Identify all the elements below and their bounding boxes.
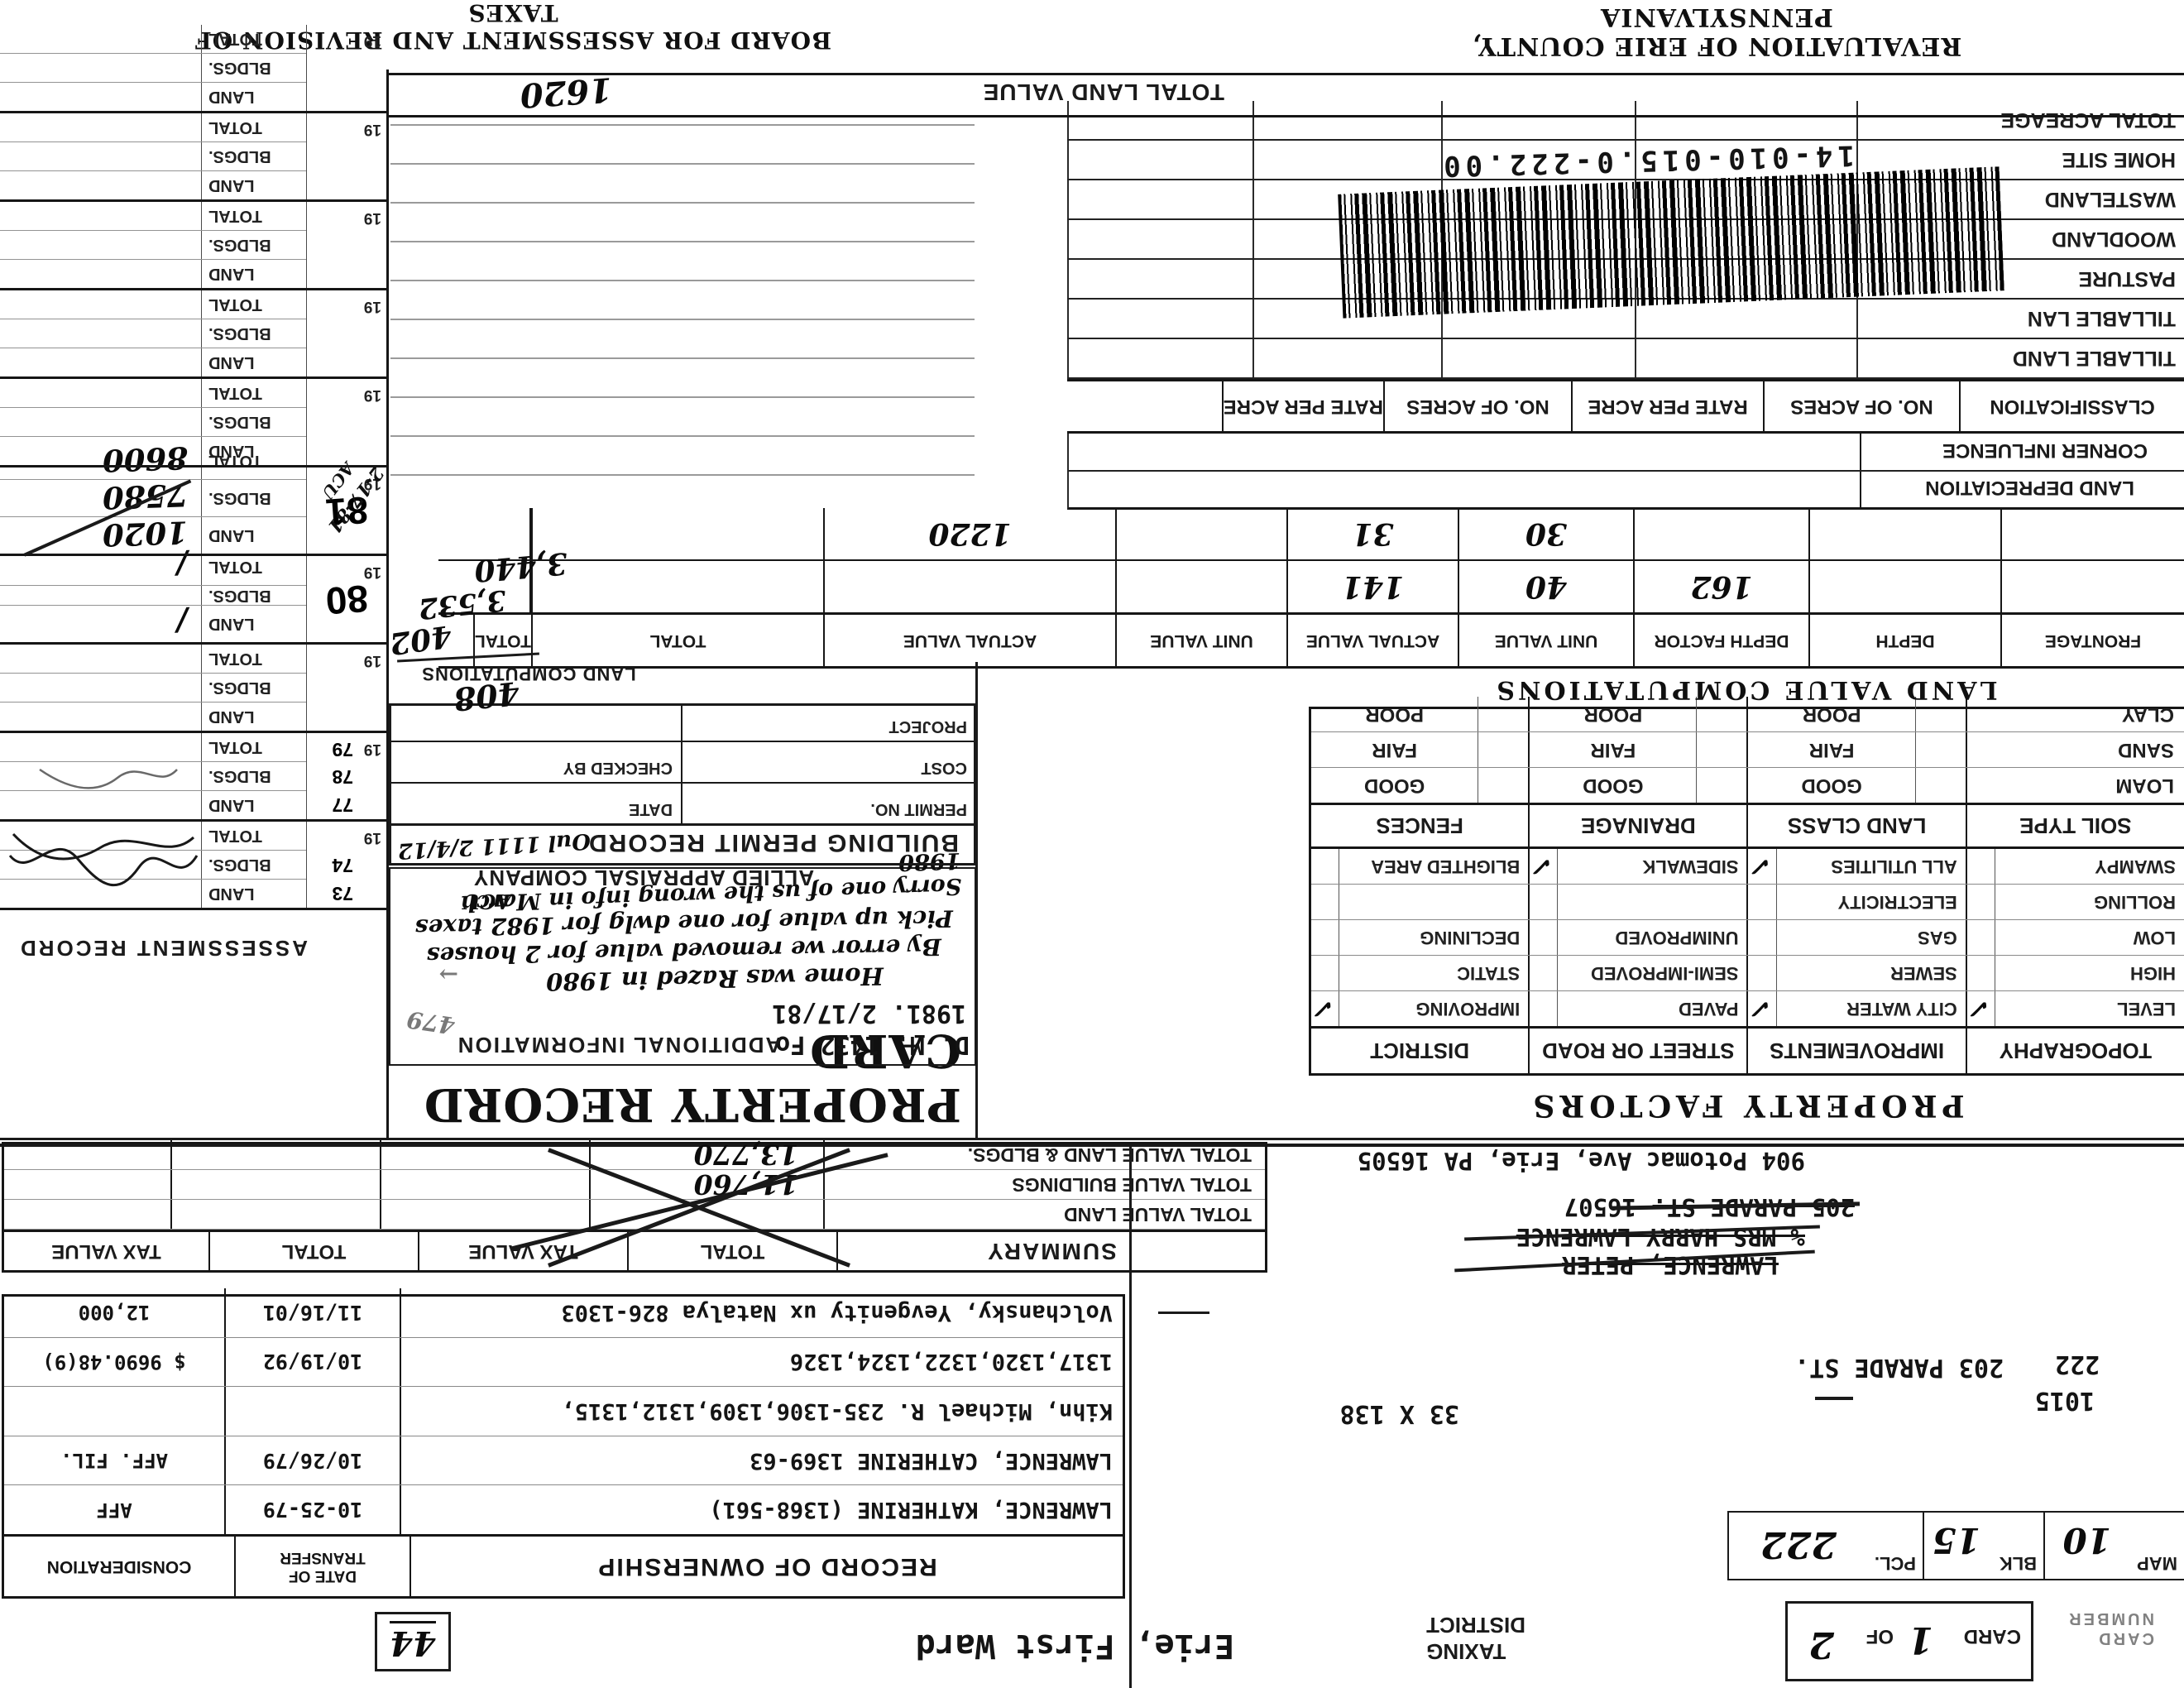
bldgs-label: BLDGS. — [201, 142, 306, 170]
sub-divider — [1478, 732, 1528, 767]
acreage-row: TILLABLE LAND — [1067, 339, 2184, 379]
margin-scribble-2: → — [439, 961, 458, 988]
card-number-stamp-line2: NUMBER — [2067, 1609, 2154, 1628]
land-label: LAND — [201, 606, 306, 642]
lvc-value-cell — [531, 561, 823, 612]
street-cell: SEMI-IMPROVED — [1528, 956, 1746, 990]
sub-divider — [1915, 732, 1966, 767]
banner-revaluation: REVALUATION OF ERIE COUNTY, PENNSYLVANIA — [1373, 15, 2060, 48]
land-row: LAND1020 — [0, 517, 306, 554]
appraisal-company-label: ALLIED APPRAISAL COMPANY — [412, 867, 875, 889]
factors-rows-2: LOAM GOOD GOOD GOOD SAND FAIR FAIR FAIR … — [1311, 697, 2184, 803]
fences-cell: FAIR — [1311, 732, 1528, 767]
summary-row-tax2 — [4, 1200, 170, 1229]
street-cell: UNIMPROVED — [1528, 920, 1746, 955]
ownership-row: LAWRENCE, CATHERINE 1369-63 10/26/79 AFF… — [4, 1436, 1123, 1486]
topography-cell: LEVEL✓ — [1966, 991, 2184, 1026]
transfer-date: 11/16/01 — [224, 1288, 400, 1337]
soil-type-cell: SAND — [1966, 732, 2184, 767]
permit-col-divider-1 — [681, 782, 682, 823]
blk-label: BLK — [2000, 1552, 2037, 1574]
permit-col-divider-3 — [681, 706, 682, 741]
assessment-record-heading: ASSESSMENT RECORD — [6, 933, 320, 963]
factors-header-row-2: SOIL TYPE LAND CLASS DRAINAGE FENCES — [1311, 803, 2184, 849]
lvc-heading-text: LAND VALUE COMPUTATIONS — [1493, 676, 1997, 705]
blk-box: BLK 15 — [1923, 1511, 2043, 1580]
ruled-blank-area — [390, 117, 975, 513]
total-label: TOTAL — [201, 290, 306, 319]
check-mark — [1749, 920, 1777, 955]
summary-row: TOTAL VALUE LAND — [4, 1200, 1265, 1230]
land-class-cell: GOOD — [1747, 768, 1966, 803]
fences-cell: GOOD — [1311, 768, 1528, 803]
classification-header-cell: RATE PER ACRE — [1222, 381, 1383, 431]
classification-header-row: CLASSIFICATIONNO. OF ACRESRATE PER ACREN… — [1067, 379, 2184, 434]
ownership-consideration-header: CONSIDERATION — [4, 1537, 234, 1596]
factor-label: LOW — [1995, 920, 2184, 955]
lvc-value-cell — [2000, 508, 2184, 559]
permit-title: BUILDING PERMIT RECORD — [587, 828, 959, 856]
grade-label: FAIR — [1311, 738, 1478, 761]
drainage-header: DRAINAGE — [1528, 805, 1746, 846]
lot-size: 33 X 138 — [1340, 1399, 1460, 1428]
card-of-label: OF — [1866, 1624, 1894, 1647]
scribble-1973-group — [7, 827, 202, 904]
owner-name: LAWRENCE, KATHERINE (1368-561) — [400, 1485, 1123, 1534]
factor-label: SEWER — [1777, 956, 1966, 990]
land-row: LAND/ — [0, 606, 306, 642]
year-prefix: 19 — [364, 31, 381, 50]
factor-label: BLIGHTED AREA — [1339, 849, 1528, 884]
mailing-line4: 904 Potomac Ave, Erie, PA 16505 — [1358, 1147, 1805, 1175]
factor-label: ROLLING — [1995, 885, 2184, 919]
scanned-property-record-card: CARD NUMBER CARD 1 OF 2 MAP 10 BLK 15 PC… — [0, 0, 2184, 1688]
total-label: TOTAL — [201, 645, 306, 673]
classification-header-cell: NO. OF ACRES — [1763, 381, 1959, 431]
summary-title-cell: SUMMARY — [836, 1232, 1265, 1270]
street-address: 203 PARADE ST. — [1794, 1353, 2004, 1382]
permit-project-label: PROJECT — [889, 717, 967, 736]
total-label: TOTAL — [201, 733, 306, 761]
classification-header-cell: NO. OF ACRES — [1383, 381, 1571, 431]
factor-label: PAVED — [1559, 991, 1747, 1026]
acreage-cell-2 — [1252, 141, 1442, 179]
grade-label: FAIR — [1530, 738, 1696, 761]
total-label: TOTAL — [201, 113, 306, 141]
land-label: LAND — [201, 260, 306, 288]
sub-divider — [1697, 768, 1747, 803]
soil-row: LOAM GOOD GOOD GOOD — [1311, 768, 2184, 803]
total-row: TOTAL — [0, 202, 306, 231]
topography-cell: LOW — [1966, 920, 2184, 955]
check-mark: ✓ — [1749, 991, 1777, 1026]
corner-influence-row: CORNER INFLUENCE — [1067, 434, 2184, 472]
land-value: / — [0, 602, 202, 646]
assessment-year-cell: 19 — [306, 202, 386, 288]
year-prefix: 19 — [364, 120, 381, 138]
year-prefix: 19 — [364, 740, 381, 758]
summary-title: SUMMARY — [986, 1238, 1117, 1264]
rate-cell-2 — [1067, 180, 1252, 218]
ownership-title: RECORD OF OWNERSHIP — [409, 1537, 1123, 1596]
stamp-box-44-value: 44 — [390, 1621, 436, 1662]
total-label-1: TOTAL — [701, 1240, 765, 1263]
assessment-record-heading-text: ASSESSMENT RECORD — [18, 936, 308, 961]
grade-label: GOOD — [1311, 774, 1478, 797]
bldgs-label: BLDGS. — [201, 408, 306, 436]
assessment-group-rows: LAND/ BLDGS. TOTAL/ — [0, 556, 306, 642]
summary-row-value: 13,770 — [589, 1140, 823, 1169]
fences-header: FENCES — [1311, 805, 1528, 846]
card-of-box: CARD 1 OF 2 — [1785, 1601, 2033, 1681]
soil-label: SAND — [1967, 738, 2184, 761]
assessment-year-cell: 19 80 — [306, 556, 386, 642]
improvements-header: IMPROVEMENTS — [1747, 1029, 1966, 1073]
land-depreciation-row: LAND DEPRECIATION — [1067, 472, 2184, 510]
land-label: LAND — [201, 171, 306, 199]
lvc-value-cell: 141 — [1286, 561, 1458, 612]
check-mark — [1311, 956, 1339, 990]
typed-date: 1981. 2/17/81 — [772, 999, 966, 1028]
acreage-row-label: TILLABLE LAND — [1856, 339, 2184, 377]
bldgs-label: BLDGS. — [201, 674, 306, 702]
lvc-header-cell: TOTAL — [531, 615, 823, 666]
factors-row: LOW GAS UNIMPROVED DECLINING — [1311, 920, 2184, 956]
summary-total-header-1: TOTAL — [627, 1232, 836, 1270]
lvc-header-cell: UNIT VALUE — [1458, 615, 1633, 666]
total-label: TOTAL — [201, 202, 306, 230]
card-of-value: 2 — [1808, 1623, 1834, 1666]
assessment-year-cell: 19 73 74 — [306, 822, 386, 908]
assessment-year-cell: 19 — [306, 113, 386, 199]
total-label: TOTAL — [201, 379, 306, 407]
land-class-cell: FAIR — [1747, 732, 1966, 767]
factors-row: SWAMPY ALL UTILITIES✓ SIDEWALK✓ BLIGHTED… — [1311, 849, 2184, 885]
soil-label: LOAM — [1967, 774, 2184, 797]
acreage-row-label: TILLABLE LAN — [1856, 300, 2184, 338]
land-label: LAND — [201, 703, 306, 731]
improvements-cell: CITY WATER✓ — [1747, 991, 1966, 1026]
card-number-stamp-line1: CARD — [2067, 1628, 2154, 1648]
permit-row-1: PERMIT NO. DATE — [391, 782, 974, 823]
assessment-year-cell: 19 — [306, 25, 386, 111]
factor-label: CITY WATER — [1777, 991, 1966, 1026]
total-label: TOTAL — [201, 25, 306, 53]
summary-table: SUMMARY TOTAL TAX VALUE TOTAL TAX VALUE … — [2, 1142, 1267, 1273]
assessment-record-column: ASSESSMENT RECORD 19 73 74 LAND — [0, 70, 389, 1140]
note-initials: ACU — [462, 890, 511, 914]
corner-influence-label: CORNER INFLUENCE — [1942, 439, 2148, 462]
building-permit-block: BUILDING PERMIT RECORD Oul 1111 2/4/12 P… — [389, 703, 976, 866]
ownership-row: Kihn, Michael R. 235-1306,1309,1312,1315… — [4, 1387, 1123, 1436]
bldgs-label: BLDGS. — [201, 762, 306, 790]
lvc-value-cell — [1808, 561, 2000, 612]
sub-divider — [1915, 768, 1966, 803]
factor-label: DECLINING — [1339, 920, 1528, 955]
street-cell: SIDEWALK✓ — [1528, 849, 1746, 884]
consideration-label: CONSIDERATION — [47, 1556, 192, 1576]
map-value: 10 — [2063, 1520, 2111, 1561]
assessment-group-rows: LAND BLDGS. TOTAL — [0, 113, 306, 199]
map-box: MAP 10 — [2043, 1511, 2184, 1580]
drainage-cell: GOOD — [1528, 768, 1746, 803]
total-label-2: TOTAL — [282, 1240, 347, 1263]
land-value — [0, 699, 202, 735]
factor-label — [1339, 885, 1528, 919]
record-of-ownership-table: RECORD OF OWNERSHIP DATE OF TRANSFER CON… — [2, 1294, 1125, 1599]
ownership-row: Volchansky, Yevgenity ux Natalya 826-130… — [4, 1288, 1123, 1338]
assessment-group: 19 81 2-17-81 ACU LAND1020 BLDGS.7580 TO… — [0, 468, 386, 556]
pcl-box: PCL. 222 — [1727, 1511, 1923, 1580]
total-land-value-amount: 1620 — [519, 70, 613, 115]
factor-label: UNIMPROVED — [1559, 920, 1747, 955]
pcl-value: 222 — [1760, 1523, 1837, 1566]
bldgs-row: BLDGS. — [0, 586, 306, 606]
land-label: LAND — [201, 791, 306, 819]
total-row: TOTAL — [0, 379, 306, 408]
factor-label: GAS — [1777, 920, 1966, 955]
district-cell: STATIC — [1311, 956, 1528, 990]
rate-cell-2 — [1067, 339, 1252, 377]
summary-header-row: SUMMARY TOTAL TAX VALUE TOTAL TAX VALUE — [4, 1230, 1265, 1270]
ownership-date-header: DATE OF TRANSFER — [234, 1537, 409, 1596]
check-mark — [1530, 956, 1558, 990]
factors-rows: LEVEL✓ CITY WATER✓ PAVED IMPROVING✓ HIGH… — [1311, 849, 2184, 1026]
transfer-label: TRANSFER — [280, 1548, 365, 1566]
total-row: TOTAL — [0, 645, 306, 674]
stamp-box-44: 44 — [375, 1612, 451, 1671]
lvc-header-cell: DEPTH FACTOR — [1633, 615, 1808, 666]
soil-type-header: SOIL TYPE — [1966, 805, 2184, 846]
consideration-value — [4, 1387, 224, 1436]
check-mark: ✓ — [1530, 849, 1558, 884]
bldgs-row: BLDGS. — [0, 408, 306, 437]
lvc-header-cell: DEPTH — [1808, 615, 2000, 666]
topography-cell: HIGH — [1966, 956, 2184, 990]
assessment-year-cell: 19 — [306, 379, 386, 465]
sub-divider — [1478, 768, 1528, 803]
permit-title-row: BUILDING PERMIT RECORD Oul 1111 2/4/12 — [391, 823, 974, 863]
land-class-header: LAND CLASS — [1747, 805, 1966, 846]
improvements-cell: ALL UTILITIES✓ — [1747, 849, 1966, 884]
classification-header-cell: CLASSIFICATION — [1959, 381, 2184, 431]
rate-cell-2 — [1067, 260, 1252, 298]
appraisal-company-text: ALLIED APPRAISAL COMPANY — [473, 866, 814, 891]
assessment-group-rows: LAND BLDGS. TOTAL — [0, 645, 306, 731]
lvc-value-cell — [1808, 508, 2000, 559]
lvc-value-cell — [531, 508, 823, 559]
year-prefix: 19 — [364, 828, 381, 846]
permit-no-label: PERMIT NO. — [870, 799, 967, 818]
check-mark: ✓ — [1967, 991, 1995, 1026]
bldgs-label: BLDGS. — [201, 586, 306, 605]
transfer-date: 10/19/92 — [224, 1338, 400, 1387]
factors-header-row: TOPOGRAPHY IMPROVEMENTS STREET OR ROAD D… — [1311, 1026, 2184, 1073]
land-value — [0, 434, 202, 469]
banner-revaluation-text: REVALUATION OF ERIE COUNTY, PENNSYLVANIA — [1373, 2, 2060, 60]
factor-label: LEVEL — [1995, 991, 2184, 1026]
parcel-number: 222 — [2055, 1350, 2100, 1379]
factor-label: ELECTRICITY — [1777, 885, 1966, 919]
scribble-77-group — [33, 753, 182, 803]
taxing-district-label: TAXING DISTRICT — [1426, 1612, 1525, 1665]
assessment-group: 19 LAND BLDGS. TOTAL — [0, 379, 386, 468]
card-label: CARD — [1964, 1624, 2021, 1647]
consideration-value: AFF — [4, 1485, 224, 1534]
land-label: LAND — [201, 83, 306, 111]
depr-divider — [1860, 469, 1861, 507]
map-label: MAP — [2137, 1552, 2177, 1574]
check-mark — [1967, 849, 1995, 884]
date-of-label: DATE OF — [289, 1566, 357, 1585]
factor-label: STATIC — [1339, 956, 1528, 990]
street-cell — [1528, 885, 1746, 919]
transfer-date — [224, 1387, 400, 1436]
year-digit-row1: 73 — [332, 882, 353, 904]
transfer-date: 10-25-79 — [224, 1485, 400, 1534]
topography-cell: ROLLING — [1966, 885, 2184, 919]
bldgs-row: BLDGS. — [0, 142, 306, 171]
summary-row-total2 — [170, 1200, 380, 1229]
year-digit-row1: 77 — [332, 794, 353, 816]
additional-information-label: ADDITIONAL INFORMATION — [387, 1033, 850, 1057]
summary-row: TOTAL VALUE LAND & BLDGS. 13,770 — [4, 1140, 1265, 1170]
district-cell: DECLINING — [1311, 920, 1528, 955]
permit-annotation: Oul 1111 2/4/12 — [397, 828, 591, 863]
factors-row: HIGH SEWER SEMI-IMPROVED STATIC — [1311, 956, 2184, 991]
corner-divider — [1860, 432, 1861, 470]
card-number-value: 1 — [1908, 1618, 1933, 1661]
tax-value-label-2: TAX VALUE — [51, 1240, 160, 1263]
owner-name: LAWRENCE, CATHERINE 1369-63 — [400, 1436, 1123, 1485]
district-cell: BLIGHTED AREA — [1311, 849, 1528, 884]
bldgs-label: BLDGS. — [201, 480, 306, 516]
pcl-label: PCL. — [1875, 1552, 1916, 1574]
blk-value: 15 — [1933, 1520, 1980, 1561]
rate-cell-2 — [1067, 141, 1252, 179]
ownership-row: LAWRENCE, KATHERINE (1368-561) 10-25-79 … — [4, 1485, 1123, 1534]
bldgs-label: BLDGS. — [201, 319, 306, 348]
factors-row: LEVEL✓ CITY WATER✓ PAVED IMPROVING✓ — [1311, 991, 2184, 1026]
total-row: TOTAL — [0, 113, 306, 142]
check-mark: ✓ — [1749, 849, 1777, 884]
land-label: LAND — [201, 348, 306, 376]
land-row: LAND — [0, 260, 306, 288]
bldgs-label: BLDGS. — [201, 231, 306, 259]
total-row: TOTAL — [0, 25, 306, 54]
land-row: LAND — [0, 348, 306, 376]
summary-tax-header-1: TAX VALUE — [418, 1232, 627, 1270]
soil-row: SAND FAIR FAIR FAIR — [1311, 732, 2184, 768]
year-digit-row2: 78 — [332, 765, 353, 788]
year-digit-row3: 79 — [332, 738, 353, 760]
factor-label: HIGH — [1995, 956, 2184, 990]
topography-header: TOPOGRAPHY — [1966, 1029, 2184, 1073]
additional-information-label-text: ADDITIONAL INFORMATION — [457, 1033, 782, 1058]
factor-label: SWAMPY — [1995, 849, 2184, 884]
lvc-value-cell — [1115, 508, 1286, 559]
assessment-group: 19 LAND BLDGS. TOTAL — [0, 202, 386, 290]
lvc-table: FRONTAGEDEPTHDEPTH FACTORUNIT VALUEACTUA… — [438, 508, 2184, 669]
lvc-value-cell: 31 — [1286, 508, 1458, 559]
lvc-header-cell: ACTUAL VALUE — [823, 615, 1115, 666]
improvements-cell: ELECTRICITY — [1747, 885, 1966, 919]
factor-label: SEMI-IMPROVED — [1559, 956, 1747, 990]
control-number: 1015 — [2035, 1386, 2095, 1415]
land-depreciation-label: LAND DEPRECIATION — [1925, 476, 2134, 499]
taxing-label-line2: DISTRICT — [1426, 1612, 1525, 1638]
total-row: TOTAL — [0, 290, 306, 319]
land-value — [0, 79, 202, 115]
owner-name: Kihn, Michael R. 235-1306,1309,1312,1315… — [400, 1387, 1123, 1436]
bldgs-value: 7580 — [0, 477, 202, 520]
factor-label — [1559, 885, 1747, 919]
check-mark — [1967, 920, 1995, 955]
small-dash-1 — [1815, 1397, 1853, 1400]
district-cell — [1311, 885, 1528, 919]
ownership-rows: LAWRENCE, KATHERINE (1368-561) 10-25-79 … — [4, 1288, 1123, 1534]
assessment-group: 19 LAND BLDGS. TOTAL — [0, 113, 386, 202]
ownership-title-text: RECORD OF OWNERSHIP — [596, 1552, 936, 1580]
improvements-cell: SEWER — [1747, 956, 1966, 990]
assessment-group-rows: LAND BLDGS. TOTAL — [0, 290, 306, 376]
year-prefix: 19 — [364, 651, 381, 669]
summary-row-total2 — [170, 1170, 380, 1199]
assessment-year-cell: 19 — [306, 290, 386, 376]
district-header: DISTRICT — [1311, 1029, 1528, 1073]
year-prefix: 19 — [364, 297, 381, 315]
land-row: LAND — [0, 171, 306, 199]
lvc-value-cell — [823, 561, 1115, 612]
factor-label: SIDEWALK — [1559, 849, 1747, 884]
taxing-district-value: Erie, First Ward — [916, 1627, 1234, 1665]
lvc-header-cell: FRONTAGE — [2000, 615, 2184, 666]
bldgs-row: BLDGS. — [0, 54, 306, 83]
consideration-value: 12,000 — [4, 1288, 224, 1337]
summary-row-label: TOTAL VALUE BUILDINGS — [823, 1170, 1265, 1199]
check-mark — [1749, 885, 1777, 919]
summary-row-tax1 — [380, 1200, 589, 1229]
street-cell: PAVED — [1528, 991, 1746, 1026]
summary-row-tax2 — [4, 1170, 170, 1199]
assessment-year-cell: 19 77 78 79 — [306, 733, 386, 819]
improvements-cell: GAS — [1747, 920, 1966, 955]
classification-header-cell: RATE PER ACRE — [1571, 381, 1763, 431]
factors-row: ROLLING ELECTRICITY — [1311, 885, 2184, 920]
summary-row-tax2 — [4, 1140, 170, 1169]
sub-divider — [1697, 732, 1747, 767]
check-mark — [1311, 849, 1339, 884]
bldgs-label: BLDGS. — [201, 54, 306, 82]
assessment-group: 19 LAND BLDGS. TOTAL — [0, 25, 386, 113]
land-label: LAND — [201, 517, 306, 554]
land-row: LAND — [0, 703, 306, 731]
land-computations-label-text: LAND COMPUTATIONS — [421, 663, 635, 684]
lvc-data-row-1: 16240141 — [438, 561, 2184, 612]
permit-date-label: DATE — [629, 799, 673, 818]
drainage-cell: FAIR — [1528, 732, 1746, 767]
lvc-header-cell: ACTUAL VALUE — [1286, 615, 1458, 666]
land-row: LAND — [0, 437, 306, 465]
property-factors-heading-text: PROPERTY FACTORS — [1528, 1088, 1964, 1123]
soil-type-cell: LOAM — [1966, 768, 2184, 803]
land-value — [0, 345, 202, 381]
owner-name: 1317,1320,1322,1324,1326 — [400, 1338, 1123, 1387]
rate-cell — [1441, 339, 1635, 377]
summary-total-header-2: TOTAL — [208, 1232, 418, 1270]
lvc-value-cell — [1115, 561, 1286, 612]
check-mark — [1530, 885, 1558, 919]
